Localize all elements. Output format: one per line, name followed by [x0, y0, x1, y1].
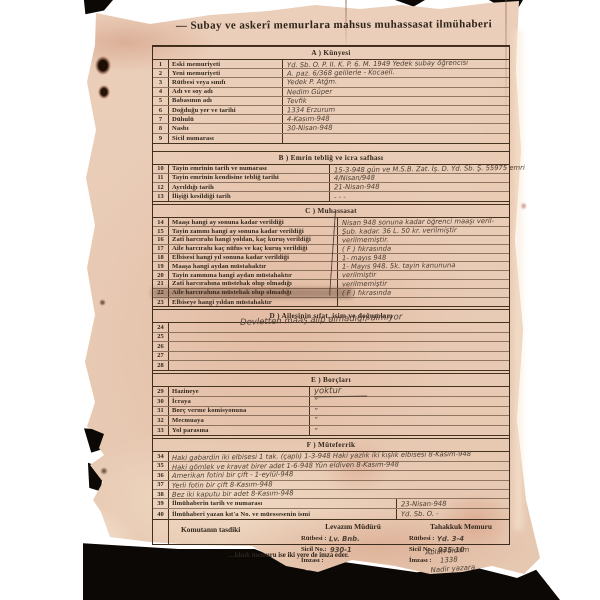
row-number: 28 — [153, 361, 169, 370]
form-row: 37Yerli fotin bir çift 8-Kasım-948 — [153, 481, 509, 490]
row-value: ( F ) fıkrasında — [337, 245, 391, 253]
row-value: - - - — [329, 192, 346, 201]
row-label: Yeni memuriyeti — [169, 70, 220, 77]
section-header: B ) Emrin tebliğ ve icra safhası — [153, 152, 509, 165]
form-row: 39İlmühaberin tarih ve numarası23-Nisan-… — [153, 499, 509, 509]
handwritten-entry: ( F ) fıkrasında — [342, 244, 391, 253]
form-row: 24 — [153, 323, 509, 332]
handwritten-entry: 4-Kasım-948 — [287, 115, 330, 124]
handwritten-entry: Tevfik — [287, 97, 307, 105]
form-row: 33Yol parasına” — [153, 426, 509, 436]
row-number: 2 — [153, 69, 169, 77]
row-number: 26 — [153, 342, 169, 350]
row-number: 31 — [153, 407, 169, 416]
row-value: Şub. kadar. 36 L. 50 kr. verilmiştir — [337, 227, 457, 235]
row-label: İlmühaberi yazan kıt'a No. ve müesseseni… — [169, 511, 310, 518]
levazim-muduru-column: Levazım Müdürü Rütbesi :Lv. Bnb. Sicil N… — [301, 522, 405, 566]
form-row: 36Amerikan fotini bir çift - 1-eylül-948 — [153, 471, 509, 480]
row-label: Dühulü — [169, 116, 194, 123]
handwritten-entry: verilmemiştir — [342, 280, 387, 289]
row-number: 22 — [153, 289, 169, 297]
handwritten-entry: 1- mayıs 948 — [342, 253, 386, 262]
form-row: 28 — [153, 361, 509, 370]
form-row: 10Tayin emrinin tarih ve numarası15-3-94… — [153, 165, 509, 174]
handwritten-entry: verilmiştir — [342, 271, 376, 279]
levazim-muduru-title: Levazım Müdürü — [301, 522, 405, 531]
row-value: Tevfik — [282, 97, 307, 105]
handwritten-entry: ” — [314, 427, 318, 435]
tahakkuk-memuru-title: Tahakkuk Memuru — [409, 522, 513, 531]
handwritten-entry: ” — [314, 397, 318, 405]
row-number: 13 — [153, 192, 169, 201]
row-label: Tayin zammına hangi aydan müstahaktır — [169, 272, 292, 279]
row-number: 32 — [153, 416, 169, 425]
form-row: 38Bez iki kaputu bir adet 8-Kasım-948 — [153, 490, 509, 499]
row-value: yoktur — [309, 387, 367, 396]
form-row: 13İlişiği kesildiği tarih- - - — [153, 192, 509, 201]
row-number: 9 — [153, 134, 169, 143]
row-label: Aile harcırahına müstehak olup olmadığı — [169, 289, 292, 296]
form-row: 25 — [153, 333, 509, 342]
field-label: Rütbesi : — [301, 535, 326, 542]
row-number: 39 — [153, 499, 169, 508]
row-value: verilmiştir — [337, 271, 376, 279]
row-label: Tayin emrinin tarih ve numarası — [169, 165, 267, 172]
row-label: Borç verme komisyonuna — [169, 407, 246, 414]
row-value: 30-Nisan-948 — [282, 124, 333, 132]
row-value: 4-Kasım-948 — [282, 115, 330, 123]
row-label: Mecmuaya — [169, 417, 204, 424]
row-value: Nedim Güper — [282, 88, 332, 96]
form-row: 12Ayrıldığı tarih21-Nisan-948 — [153, 183, 509, 192]
row-number: 21 — [153, 280, 169, 288]
signature-block: Komutanın tasdiki Levazım Müdürü Rütbesi… — [153, 520, 509, 544]
form-row: 34Haki gabardin iki elbisesi 1 tak. (çap… — [153, 452, 509, 461]
row-label: Zatî harcırahı hangi yoldan, kaç kuruş v… — [169, 236, 311, 243]
photo-canvas: — Subay ve askerî memurlara mahsus muhas… — [0, 0, 600, 600]
row-number: 4 — [153, 88, 169, 96]
footer-note: …kkuk memuru ise iki yere de imza eder. — [228, 552, 349, 559]
row-label: Babasının adı — [169, 97, 212, 104]
row-number: 8 — [153, 124, 169, 132]
row-label: Eski memuriyeti — [169, 61, 220, 68]
row-label: Yol parasına — [169, 427, 209, 434]
row-number: 15 — [153, 227, 169, 235]
handwritten-entry: ” — [314, 416, 318, 424]
handwritten-entry: Yd. Sb. O. - — [401, 510, 439, 519]
form-row: 29Hazineyeyoktur — [153, 387, 509, 397]
row-label: İlişiği kesildiği tarih — [169, 193, 231, 200]
row-label: Rütbesi veya sınıfı — [169, 79, 226, 86]
row-number: 36 — [153, 471, 169, 479]
row-number: 29 — [153, 387, 169, 396]
form-row: 35Haki gömlek ve kravat birer adet 1-6-9… — [153, 462, 509, 471]
form-row: 31Borç verme komisyonuna” — [153, 407, 509, 417]
section-kunyesi: A ) Künyesi1Eski memuriyetiYd. Sb. O. P.… — [153, 46, 509, 144]
row-number: 37 — [153, 481, 169, 489]
handwritten-entry: Nedim Güper — [287, 87, 332, 96]
section-muteferrik: F ) Müteferrik34Haki gabardin iki elbise… — [153, 438, 509, 520]
handwritten-entry: ” — [314, 407, 318, 415]
form-row: 5Babasının adıTevfik — [153, 97, 509, 106]
row-value — [337, 298, 342, 307]
row-value: Yd. Sb. O. - — [396, 509, 439, 519]
form-row: 16Zatî harcırahı hangi yoldan, kaç kuruş… — [153, 236, 509, 245]
row-label: Zatî harcırahına müstehak olup olmadığı — [169, 280, 292, 287]
handwritten-entry: Yedek P. Atğm. — [287, 78, 337, 87]
row-value — [282, 134, 287, 143]
row-label: Nasbı — [169, 125, 189, 132]
row-number: 30 — [153, 397, 169, 406]
handwritten-entry: A. paz. 6/368 gelilerle - Kocaeli. — [287, 69, 395, 79]
handwritten-entry: yoktur — [314, 386, 368, 398]
handwritten-entry: 23-Nisan-948 — [401, 499, 447, 508]
row-value: 4/Nisan/948 — [329, 174, 375, 182]
handwritten-entry: 21-Nisan-948 — [334, 183, 380, 192]
form-row: 40İlmühaberi yazan kıt'a No. ve müessese… — [153, 509, 509, 519]
row-number: 7 — [153, 115, 169, 123]
handwritten-entry: - - - — [334, 193, 346, 201]
row-label: İcraya — [169, 398, 191, 405]
row-value: ” — [309, 407, 318, 416]
handwritten-entry: 1- Mayıs 948. 5k. tayin kanununa — [342, 262, 456, 272]
row-label: Tayin zammı hangi ay sonuna kadar verild… — [169, 228, 304, 235]
row-value: Yd. Sb. O. P. II. K. P. 6. M. 1949 Yedek… — [282, 60, 468, 68]
row-label: Tayin emrinin kendisine tebliğ tarihi — [169, 174, 279, 181]
row-label: Doğduğu yer ve tarihi — [169, 107, 236, 114]
form-row: 11Tayin emrinin kendisine tebliğ tarihi4… — [153, 174, 509, 183]
field-value-handwritten: Yd. 3-4 — [437, 535, 464, 543]
handwritten-entry: Amerikan fotini bir çift - 1-eylül-948 — [172, 470, 293, 480]
column-rule — [168, 520, 169, 544]
handwritten-entry: 30-Nisan-948 — [287, 124, 333, 133]
row-value: A. paz. 6/368 gelilerle - Kocaeli. — [282, 69, 395, 77]
torn-edge-shadow — [83, 0, 113, 15]
handwritten-entry: verilmemiştir. — [342, 236, 389, 245]
handwritten-entry: 1334 Erzurum — [287, 106, 335, 115]
row-label: Maaşa hangi aydan müstahaktır — [169, 263, 266, 270]
row-label: Elbiseye hangi yıldan müstahaktır — [169, 299, 272, 306]
row-number: 23 — [153, 298, 169, 307]
row-value: 1334 Erzurum — [282, 106, 335, 114]
row-number: 24 — [153, 323, 169, 331]
form-row: 26 — [153, 342, 509, 351]
row-value: verilmemiştir. — [337, 236, 389, 244]
row-label: Aile harcırahı kaç nüfus ve kaç kuruş ve… — [169, 245, 308, 252]
handwritten-entry: ( F ) fıkrasında — [342, 288, 391, 297]
form-row: 8Nasbı30-Nisan-948 — [153, 124, 509, 133]
row-label: Sicil numarası — [169, 135, 214, 142]
row-value: Nisan 948 sonuna kadar öğrenci maaşı ver… — [337, 218, 494, 226]
row-number: 18 — [153, 254, 169, 262]
row-value: 1- mayıs 948 — [337, 254, 386, 262]
section-emrin-teblig: B ) Emrin tebliğ ve icra safhası10Tayin … — [153, 151, 509, 203]
row-number: 38 — [153, 490, 169, 498]
document-title: — Subay ve askerî memurlara mahsus muhas… — [148, 18, 520, 32]
row-value: Yedek P. Atğm. — [282, 78, 337, 86]
row-label: Adı ve soy adı — [169, 88, 213, 95]
form-row: 15Tayin zammı hangi ay sonuna kadar veri… — [153, 227, 509, 236]
row-value: 21-Nisan-948 — [329, 183, 380, 191]
row-label: Hazineye — [169, 388, 199, 395]
handwritten-entry: Yerli fotin bir çift 8-Kasım-948 — [172, 480, 273, 490]
row-number: 11 — [153, 174, 169, 182]
handwritten-entry: 4/Nisan/948 — [334, 174, 375, 183]
bottom-handwritten-note: Ablan oldum 1338 Nadir yazara — [425, 545, 475, 575]
handwritten-entry: Şub. kadar. 36 L. 50 kr. verilmiştir — [342, 226, 457, 236]
row-value: verilmemiştir — [337, 280, 387, 288]
stain-spot — [520, 202, 527, 210]
field-label: Rütbesi : — [409, 535, 434, 542]
form-row: 27 — [153, 352, 509, 361]
row-number: 34 — [153, 452, 169, 460]
row-number: 35 — [153, 462, 169, 470]
row-label: Ayrıldığı tarih — [169, 184, 214, 191]
form-row: 32Mecmuaya” — [153, 416, 509, 426]
row-number: 27 — [153, 352, 169, 360]
row-number: 20 — [153, 271, 169, 279]
row-value: ” — [309, 426, 318, 436]
form-row: 9Sicil numarası — [153, 134, 509, 143]
form-row: 3Rütbesi veya sınıfıYedek P. Atğm. — [153, 78, 509, 87]
row-number: 12 — [153, 183, 169, 191]
row-number: 16 — [153, 236, 169, 244]
row-number: 1 — [153, 60, 169, 68]
form-row: 4Adı ve soy adıNedim Güper — [153, 88, 509, 97]
row-label: Elbisesi hangi yıl sonuna kadar verildiğ… — [169, 254, 289, 261]
form-row: 6Doğduğu yer ve tarihi1334 Erzurum — [153, 106, 509, 115]
row-number: 14 — [153, 218, 169, 226]
row-number: 6 — [153, 106, 169, 114]
handwritten-entry: Bez iki kaputu bir adet 8-Kasım-948 — [172, 489, 294, 499]
row-number: 10 — [153, 165, 169, 173]
row-number: 3 — [153, 78, 169, 86]
row-value: ( F ) fıkrasında — [337, 289, 391, 297]
row-label: Maaşı hangi ay sonuna kadar verildiği — [169, 219, 284, 226]
row-value: 23-Nisan-948 — [396, 499, 447, 508]
row-number: 17 — [153, 245, 169, 253]
form-row: 1Eski memuriyetiYd. Sb. O. P. II. K. P. … — [153, 60, 509, 69]
row-number: 33 — [153, 426, 169, 436]
commander-approval-label: Komutanın tasdiki — [181, 525, 240, 534]
form-row: 23Elbiseye hangi yıldan müstahaktır — [153, 298, 509, 307]
row-number: 25 — [153, 333, 169, 341]
section-borclari: E ) Borçları29Hazineyeyoktur30İcraya”31B… — [153, 373, 509, 436]
form-row: 30İcraya” — [153, 397, 509, 407]
row-value: 1- Mayıs 948. 5k. tayin kanununa — [337, 262, 455, 270]
row-number: 5 — [153, 97, 169, 105]
row-value: ” — [309, 397, 318, 406]
row-label: İlmühaberin tarih ve numarası — [169, 500, 262, 507]
row-number: 19 — [153, 262, 169, 270]
row-number: 40 — [153, 509, 169, 519]
row-value: 15-3-948 gün ve M.S.B. Zat. İş. D. Yd. S… — [329, 165, 525, 173]
field-value-handwritten: Lv. Bnb. — [329, 535, 360, 543]
handwritten-entry: 15-3-948 gün ve M.S.B. Zat. İş. D. Yd. S… — [334, 163, 525, 174]
row-value: ” — [309, 416, 318, 425]
